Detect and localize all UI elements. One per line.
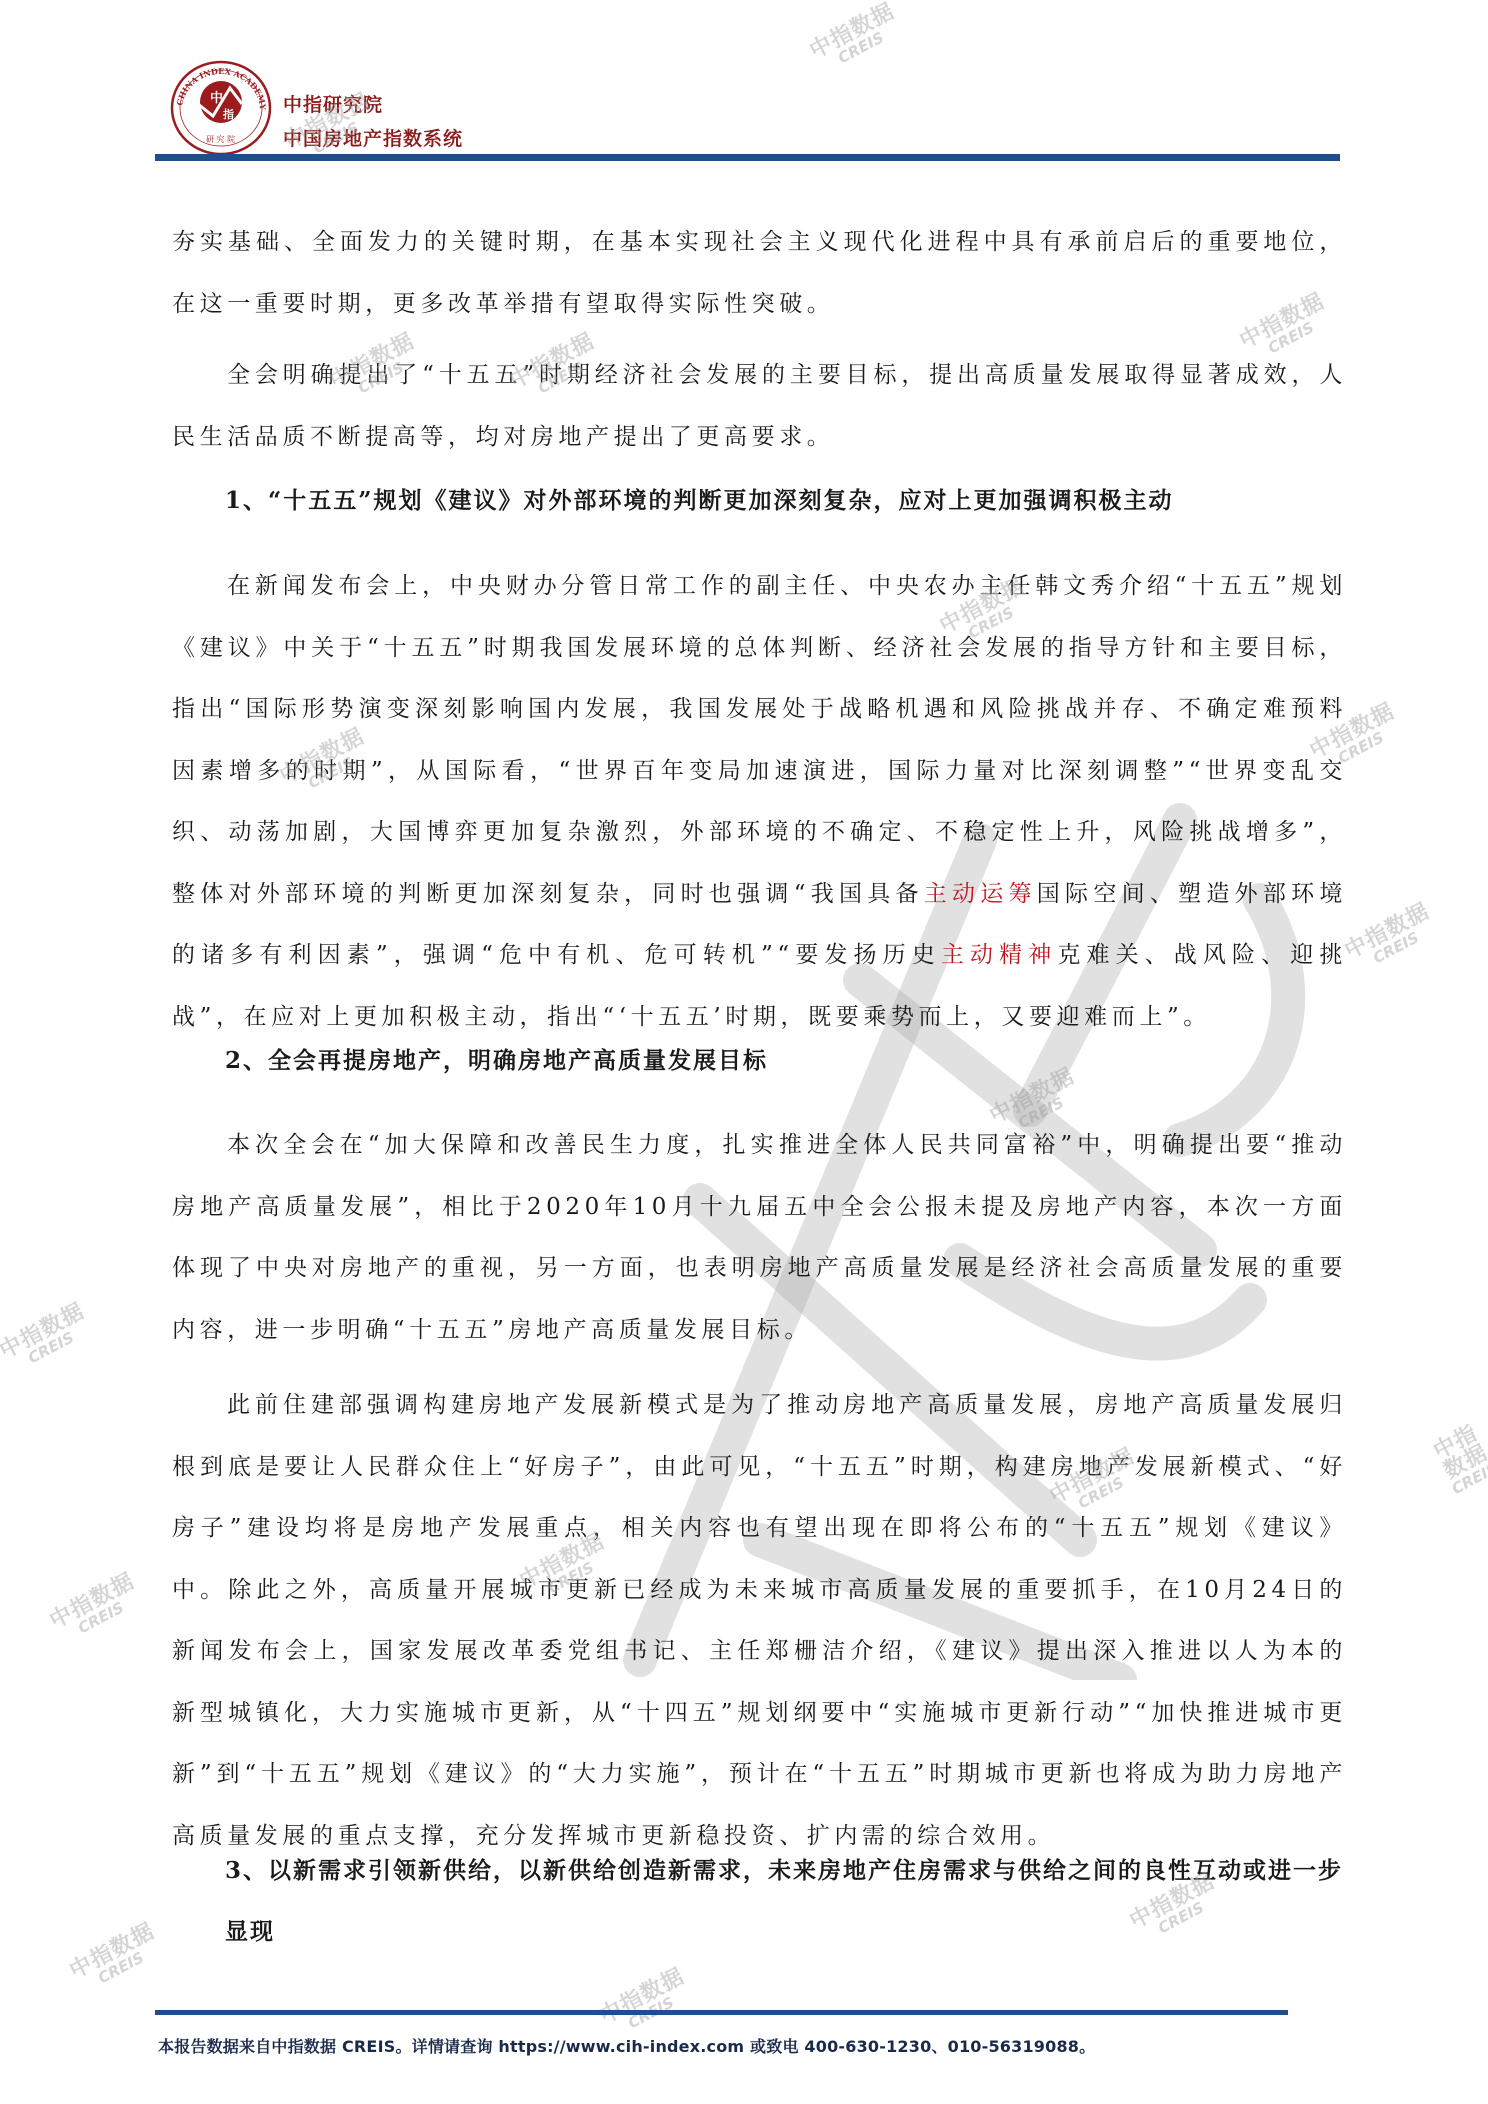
org-name: 中指研究院 [283, 90, 383, 117]
highlighted-phrase: 主动精神 [941, 942, 1057, 968]
footer-divider [155, 2010, 1288, 2015]
paragraph: 此前住建部强调构建房地产发展新模式是为了推动房地产高质量发展，房地产高质量发展归… [172, 1375, 1347, 1867]
footer-source-note: 本报告数据来自中指数据 CREIS。详情请查询 https://www.cih-… [158, 2034, 1095, 2057]
paragraph: 夯实基础、全面发力的关键时期，在基本实现社会主义现代化进程中具有承前启后的重要地… [172, 212, 1347, 335]
section-heading-1: 1、“十五五”规划《建议》对外部环境的判断更加深刻复杂，应对上更加强调积极主动 [225, 470, 1345, 531]
section-heading-3: 3、以新需求引领新供给，以新供给创造新需求，未来房地产住房需求与供给之间的良性互… [225, 1840, 1345, 1962]
svg-text:中: 中 [210, 90, 223, 106]
highlighted-phrase: 主动运筹 [924, 881, 1037, 907]
paragraph: 全会明确提出了“十五五”时期经济社会发展的主要目标，提出高质量发展取得显著成效，… [172, 345, 1347, 468]
text-segment: 在新闻发布会上，中央财办分管日常工作的副主任、中央农办主任韩文秀介绍“十五五”规… [172, 573, 1347, 907]
svg-text:指: 指 [223, 107, 234, 121]
watermark: 中指数据CREIS [67, 1921, 166, 1997]
watermark: 中指数据CREIS [0, 1301, 95, 1377]
org-subtitle: 中国房地产指数系统 [283, 124, 463, 151]
paragraph: 本次全会在“加大保障和改善民生力度，扎实推进全体人民共同富裕”中，明确提出要“推… [172, 1115, 1347, 1361]
svg-text:研 究 院: 研 究 院 [206, 134, 235, 144]
header-divider [155, 154, 1340, 161]
watermark: 中指数据CREIS [1342, 901, 1441, 977]
watermark: 中指数据CREIS [597, 1966, 696, 2042]
watermark: 中指数据CREIS [1429, 1422, 1488, 1497]
paragraph: 在新闻发布会上，中央财办分管日常工作的副主任、中央农办主任韩文秀介绍“十五五”规… [172, 556, 1347, 1048]
watermark: 中指数据CREIS [47, 1571, 146, 1647]
section-heading-2: 2、全会再提房地产，明确房地产高质量发展目标 [225, 1030, 1345, 1091]
china-index-academy-logo: 中 指 CHINA INDEX ACADEMY 研 究 院 [168, 58, 274, 158]
page-header: 中 指 CHINA INDEX ACADEMY 研 究 院 中指研究院 中国房地… [0, 0, 1488, 165]
